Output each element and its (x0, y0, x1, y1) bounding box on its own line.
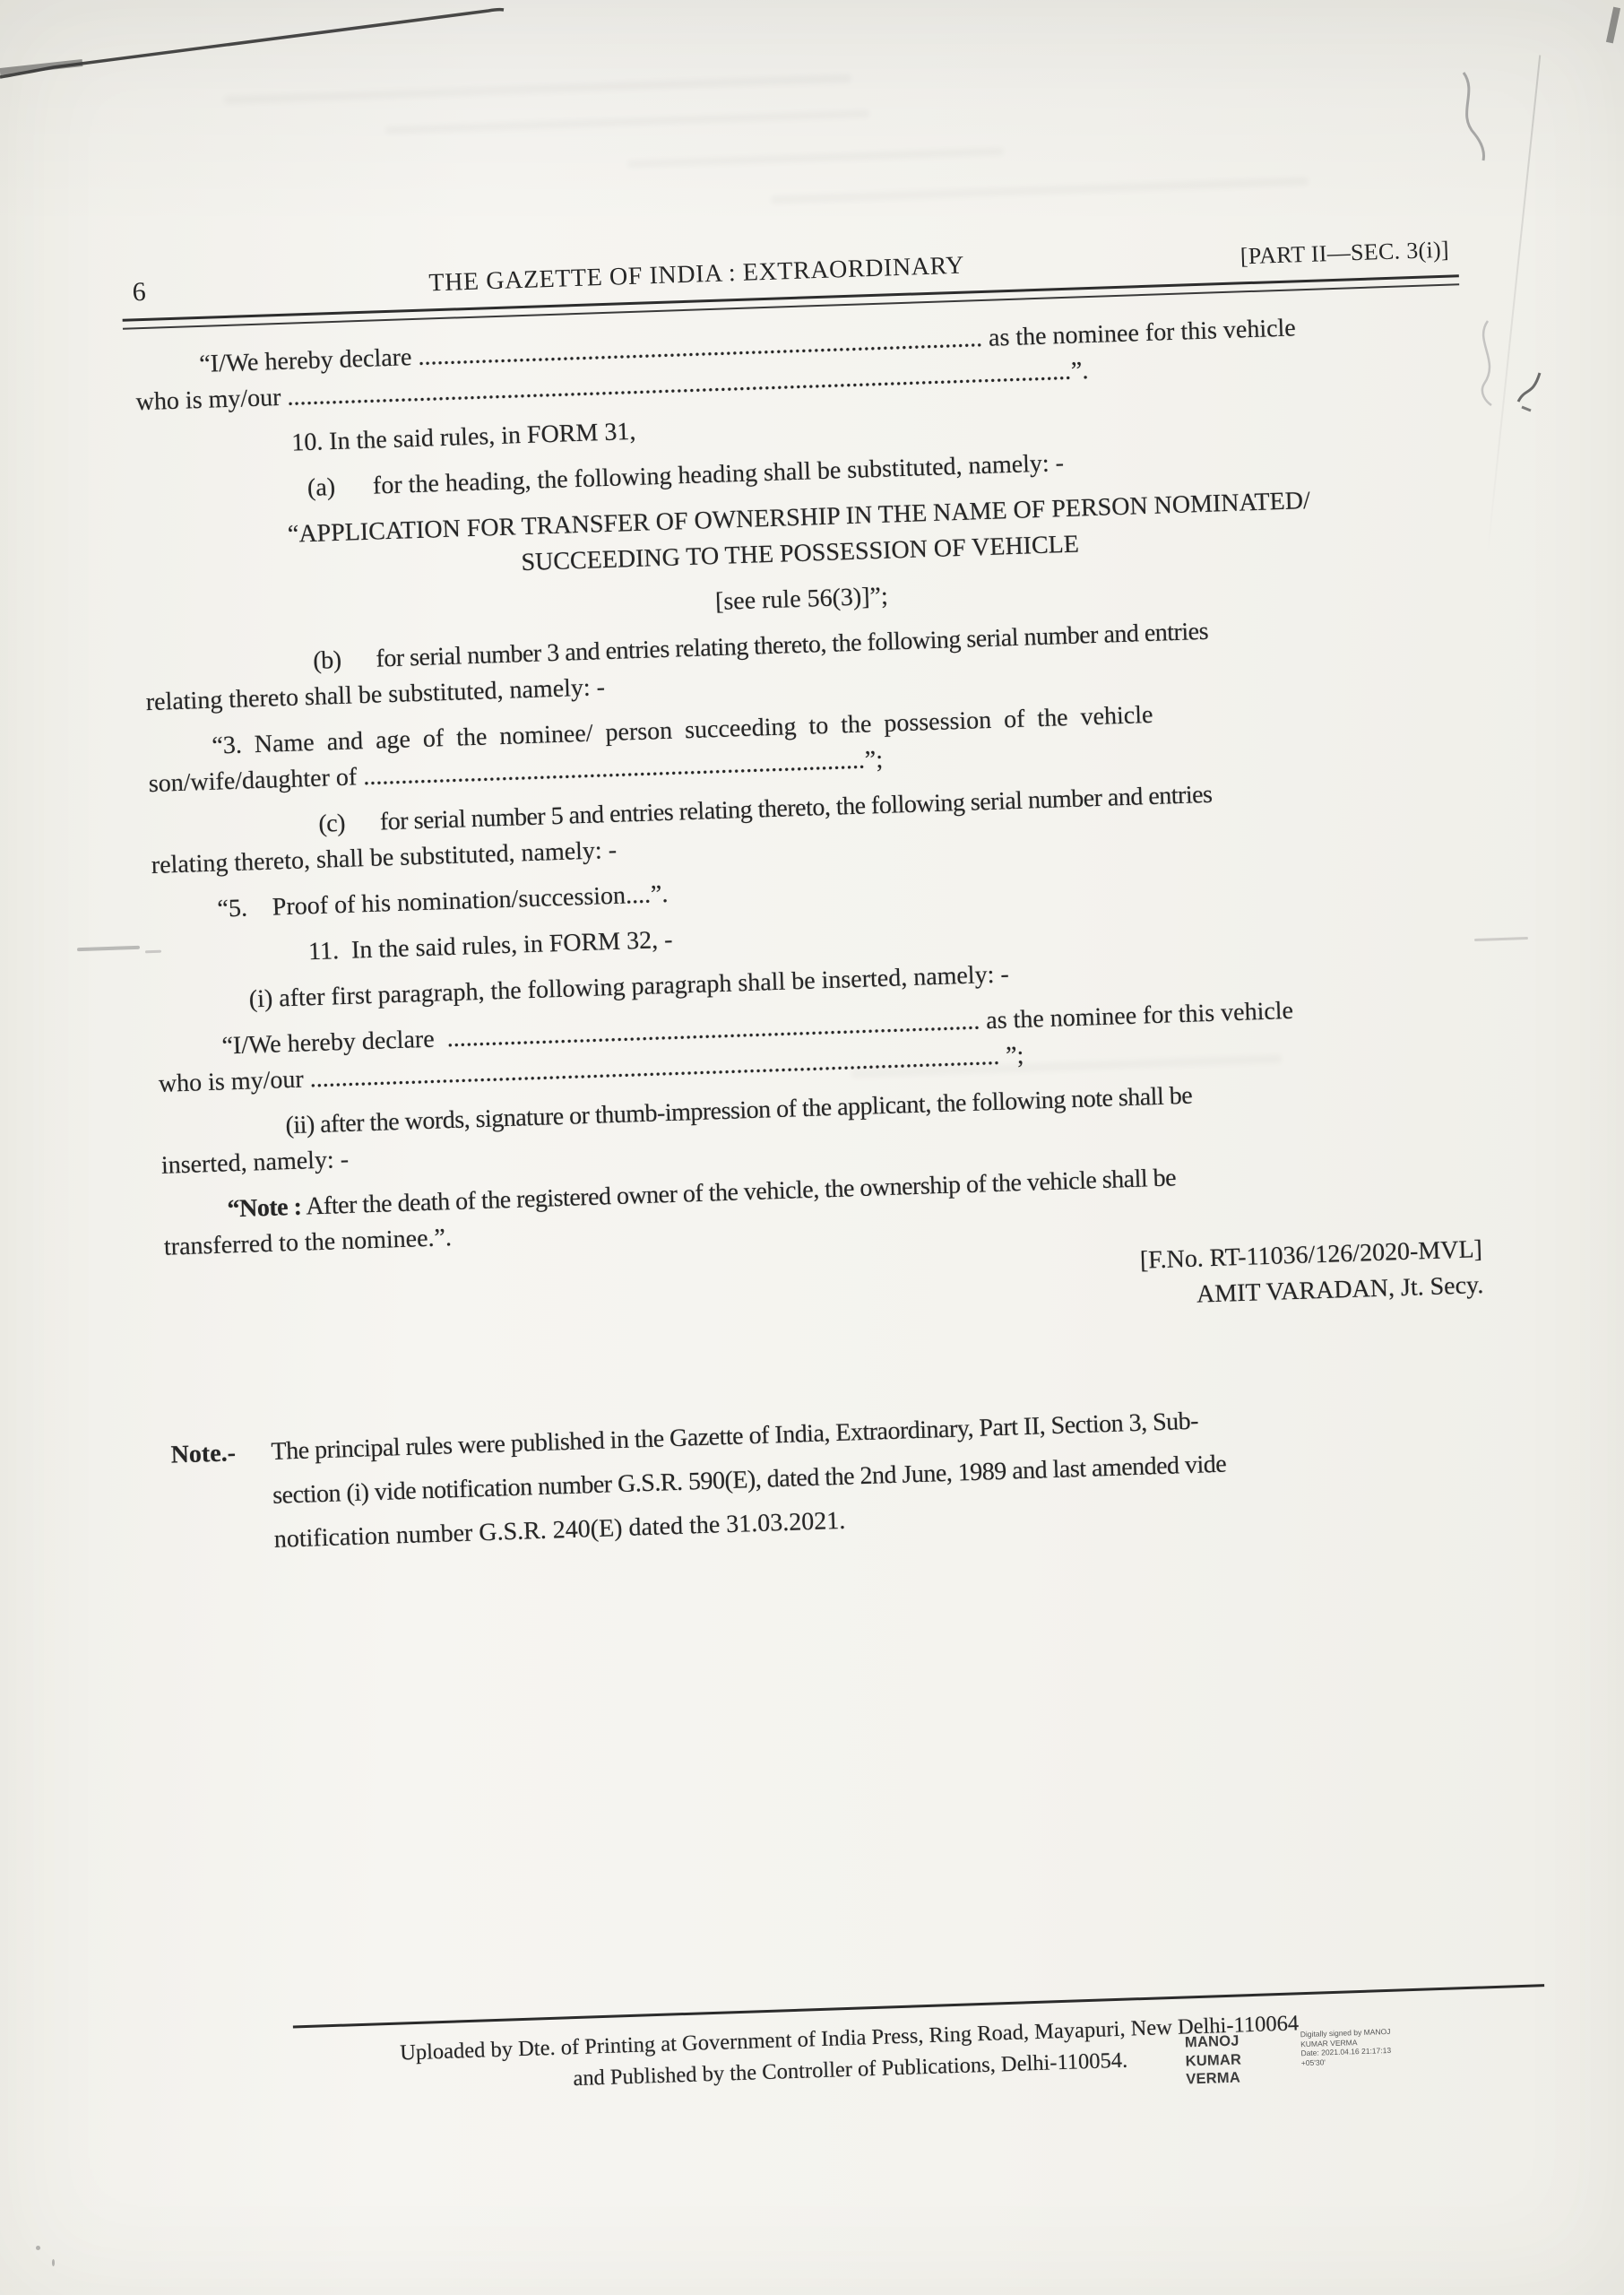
paper-crease (1487, 55, 1542, 554)
page-number: 6 (132, 273, 240, 307)
document-content: 6 THE GAZETTE OF INDIA : EXTRAORDINARY [… (132, 234, 1514, 2249)
bleedthrough-smudge (385, 110, 869, 134)
pen-mark (1438, 67, 1501, 166)
part-section-label: [PART II—SEC. 3(i)] (1153, 237, 1450, 273)
footnote-text: The principal rules were published in th… (271, 1390, 1491, 1562)
margin-dash (1474, 937, 1528, 941)
bleedthrough-smudge (224, 74, 851, 104)
footnote-label: Note.- (170, 1430, 275, 1565)
principal-rules-footnote: Note.- The principal rules were publishe… (170, 1390, 1491, 1565)
scan-edge-line (0, 0, 538, 108)
scan-edge-mark (1606, 7, 1620, 44)
digital-signature-name: MANOJ KUMAR VERMA (1185, 2030, 1296, 2089)
bleedthrough-smudge (771, 178, 1309, 204)
note-inline-label: “Note : (227, 1193, 302, 1224)
page-footer: Uploaded by Dte. of Printing at Governme… (190, 1986, 1509, 2108)
ink-mark (1513, 366, 1553, 420)
scan-speck (36, 2246, 40, 2250)
scanned-gazette-page: 6 THE GAZETTE OF INDIA : EXTRAORDINARY [… (0, 0, 1624, 2295)
scan-speck (52, 2259, 55, 2266)
bleedthrough-smudge (627, 148, 1004, 169)
document-body: “I/We hereby declare ...................… (134, 306, 1484, 1347)
margin-dash (77, 946, 140, 951)
digital-signature-block: MANOJ KUMAR VERMA Digitally signed by MA… (1185, 2026, 1419, 2089)
signature-date: Date: 2021.04.16 21:17:13 +05'30' (1300, 2045, 1418, 2068)
digital-signature-details: Digitally signed by MANOJ KUMAR VERMA Da… (1300, 2026, 1418, 2068)
pen-mark (1461, 314, 1515, 412)
